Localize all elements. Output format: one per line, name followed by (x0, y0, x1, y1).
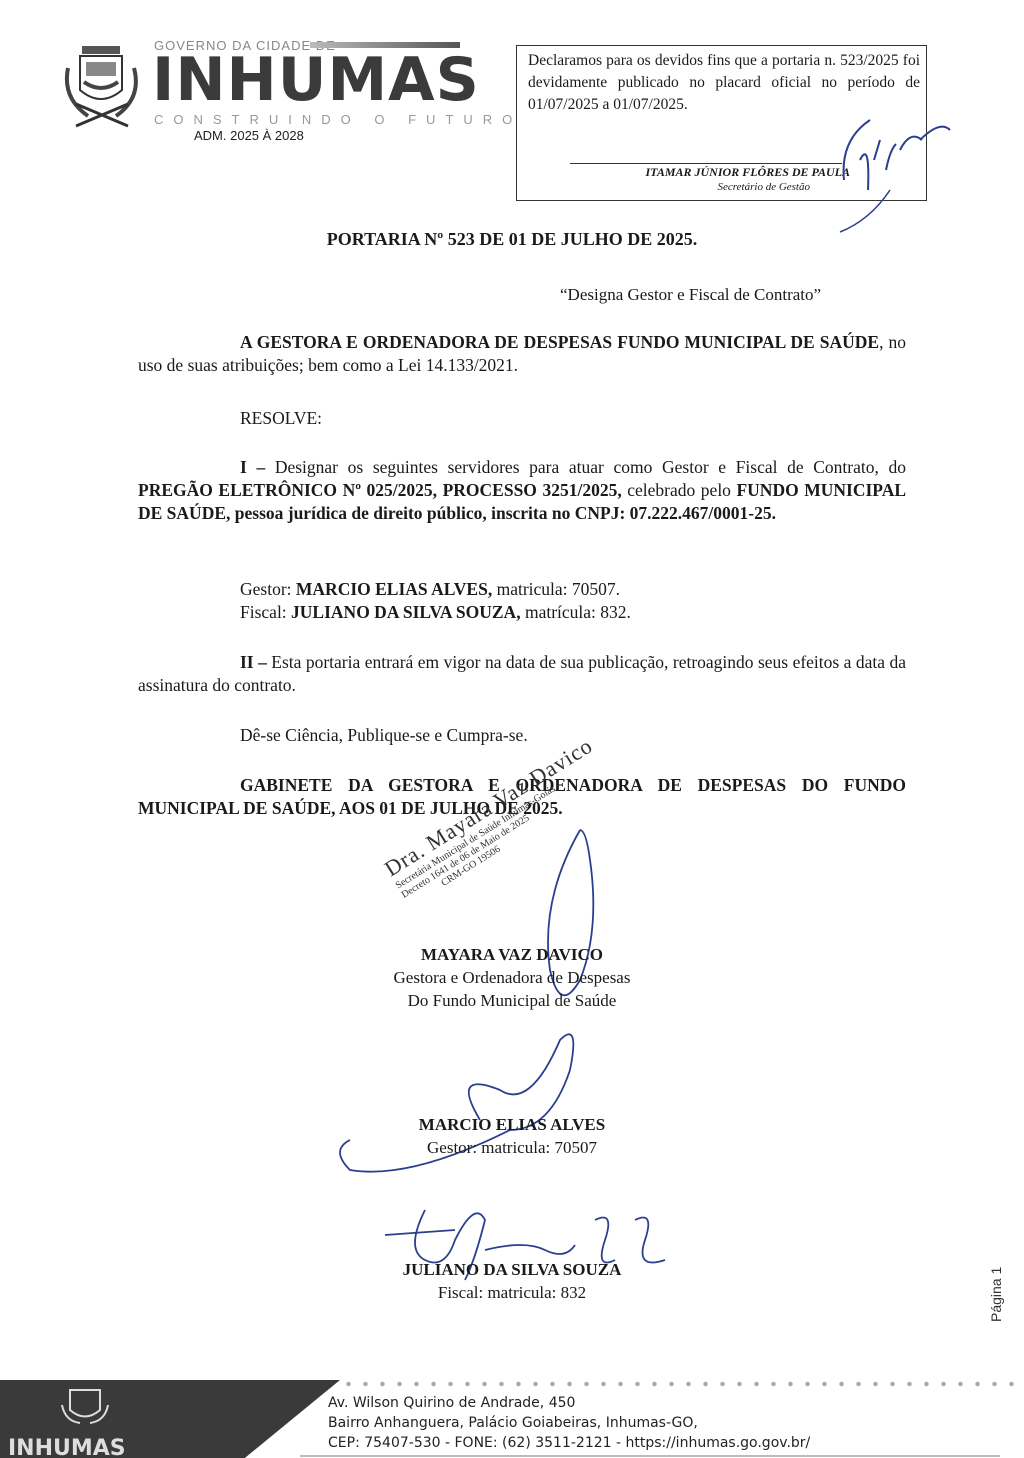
signer-role: Fiscal: matricula: 832 (0, 1281, 1024, 1304)
handwritten-signature-icon (830, 100, 960, 240)
fiscal-registration: matrícula: 832. (521, 602, 631, 622)
decorative-dots (340, 1380, 1020, 1388)
article-2: II – Esta portaria entrará em vigor na d… (138, 651, 906, 697)
article-1-text-2: celebrado pelo (622, 480, 737, 500)
footer-address: Av. Wilson Quirino de Andrade, 450 Bairr… (328, 1393, 810, 1453)
city-crest-icon (58, 38, 148, 130)
declaration-signer-name: ITAMAR JÚNIOR FLÔRES DE PAULA (560, 165, 850, 180)
signer-name: MAYARA VAZ DAVICO (0, 943, 1024, 966)
fiscal-label: Fiscal: (240, 602, 291, 622)
gestor-line: Gestor: MARCIO ELIAS ALVES, matricula: 7… (138, 578, 906, 601)
signer-role-2: Do Fundo Municipal de Saúde (0, 989, 1024, 1012)
tagline: CONSTRUINDO O FUTURO (154, 112, 522, 127)
gestor-name: MARCIO ELIAS ALVES, (296, 579, 492, 599)
document-title: PORTARIA Nº 523 DE 01 DE JULHO DE 2025. (0, 229, 1024, 250)
declaration-signer-role: Secretário de Gestão (560, 181, 810, 193)
signer-role: Gestor: matricula: 70507 (0, 1136, 1024, 1159)
gestor-label: Gestor: (240, 579, 296, 599)
signature-block-manager: MAYARA VAZ DAVICO Gestora e Ordenadora d… (0, 943, 1024, 1012)
footer-rule (300, 1455, 1000, 1457)
article-1-label: I – (240, 457, 265, 477)
address-line-2: Bairro Anhanguera, Palácio Goiabeiras, I… (328, 1413, 810, 1433)
signer-role: Gestora e Ordenadora de Despesas (0, 966, 1024, 989)
tender-reference: PREGÃO ELETRÔNICO Nº 025/2025, PROCESSO … (138, 480, 622, 500)
signature-block-fiscal: JULIANO DA SILVA SOUZA Fiscal: matricula… (0, 1258, 1024, 1304)
footer-brand: INHUMAS (8, 1436, 126, 1458)
fiscal-name: JULIANO DA SILVA SOUZA, (291, 602, 521, 622)
page-number: Página 1 (982, 1250, 1022, 1320)
administration-period: ADM. 2025 À 2028 (194, 128, 304, 143)
fiscal-line: Fiscal: JULIANO DA SILVA SOUZA, matrícul… (138, 601, 906, 624)
gestor-registration: matricula: 70507. (492, 579, 620, 599)
footer-crest-icon (60, 1385, 110, 1425)
preamble-authority: A GESTORA E ORDENADORA DE DESPESAS FUNDO… (240, 332, 879, 352)
signature-line (570, 163, 842, 164)
signature-block-gestor: MARCIO ELIAS ALVES Gestor: matricula: 70… (0, 1113, 1024, 1159)
document-subject: “Designa Gestor e Fiscal de Contrato” (560, 285, 821, 305)
resolve-heading: RESOLVE: (138, 407, 906, 430)
closing-formula: Dê-se Ciência, Publique-se e Cumpra-se. (138, 724, 906, 747)
article-1: I – Designar os seguintes servidores par… (138, 456, 906, 525)
article-1-text: Designar os seguintes servidores para at… (265, 457, 906, 477)
signer-name: MARCIO ELIAS ALVES (0, 1113, 1024, 1136)
article-2-label: II – (240, 652, 267, 672)
page-label: Página 1 (988, 1267, 1004, 1322)
preamble: A GESTORA E ORDENADORA DE DESPESAS FUNDO… (138, 331, 906, 377)
city-brand: INHUMAS (152, 50, 480, 110)
address-line-1: Av. Wilson Quirino de Andrade, 450 (328, 1393, 810, 1413)
signer-name: JULIANO DA SILVA SOUZA (0, 1258, 1024, 1281)
contact-line: CEP: 75407-530 - FONE: (62) 3511-2121 - … (328, 1433, 810, 1453)
